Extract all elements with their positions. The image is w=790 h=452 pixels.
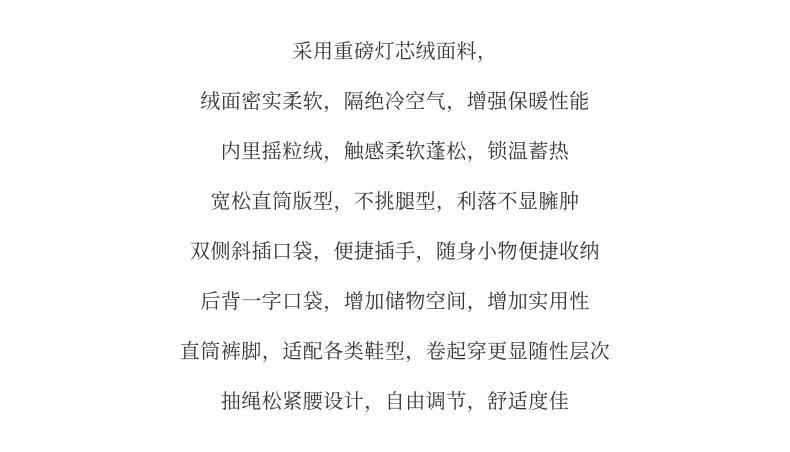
description-line-warmth: 绒面密实柔软，隔绝冷空气，增强保暖性能 bbox=[200, 83, 590, 133]
description-line-hem: 直筒裤脚，适配各类鞋型，卷起穿更显随性层次 bbox=[180, 333, 611, 383]
description-line-lining: 内里摇粒绒，触感柔软蓬松，锁温蓄热 bbox=[221, 133, 570, 183]
description-line-side-pockets: 双侧斜插口袋，便捷插手，随身小物便捷收纳 bbox=[190, 233, 600, 283]
description-line-waist: 抽绳松紧腰设计，自由调节，舒适度佳 bbox=[221, 383, 570, 433]
product-description: 采用重磅灯芯绒面料， 绒面密实柔软，隔绝冷空气，增强保暖性能 内里摇粒绒，触感柔… bbox=[0, 33, 790, 433]
description-line-back-pocket: 后背一字口袋，增加储物空间，增加实用性 bbox=[200, 283, 590, 333]
description-line-fabric: 采用重磅灯芯绒面料， bbox=[293, 33, 498, 83]
description-line-fit: 宽松直筒版型，不挑腿型，利落不显臃肿 bbox=[211, 183, 580, 233]
